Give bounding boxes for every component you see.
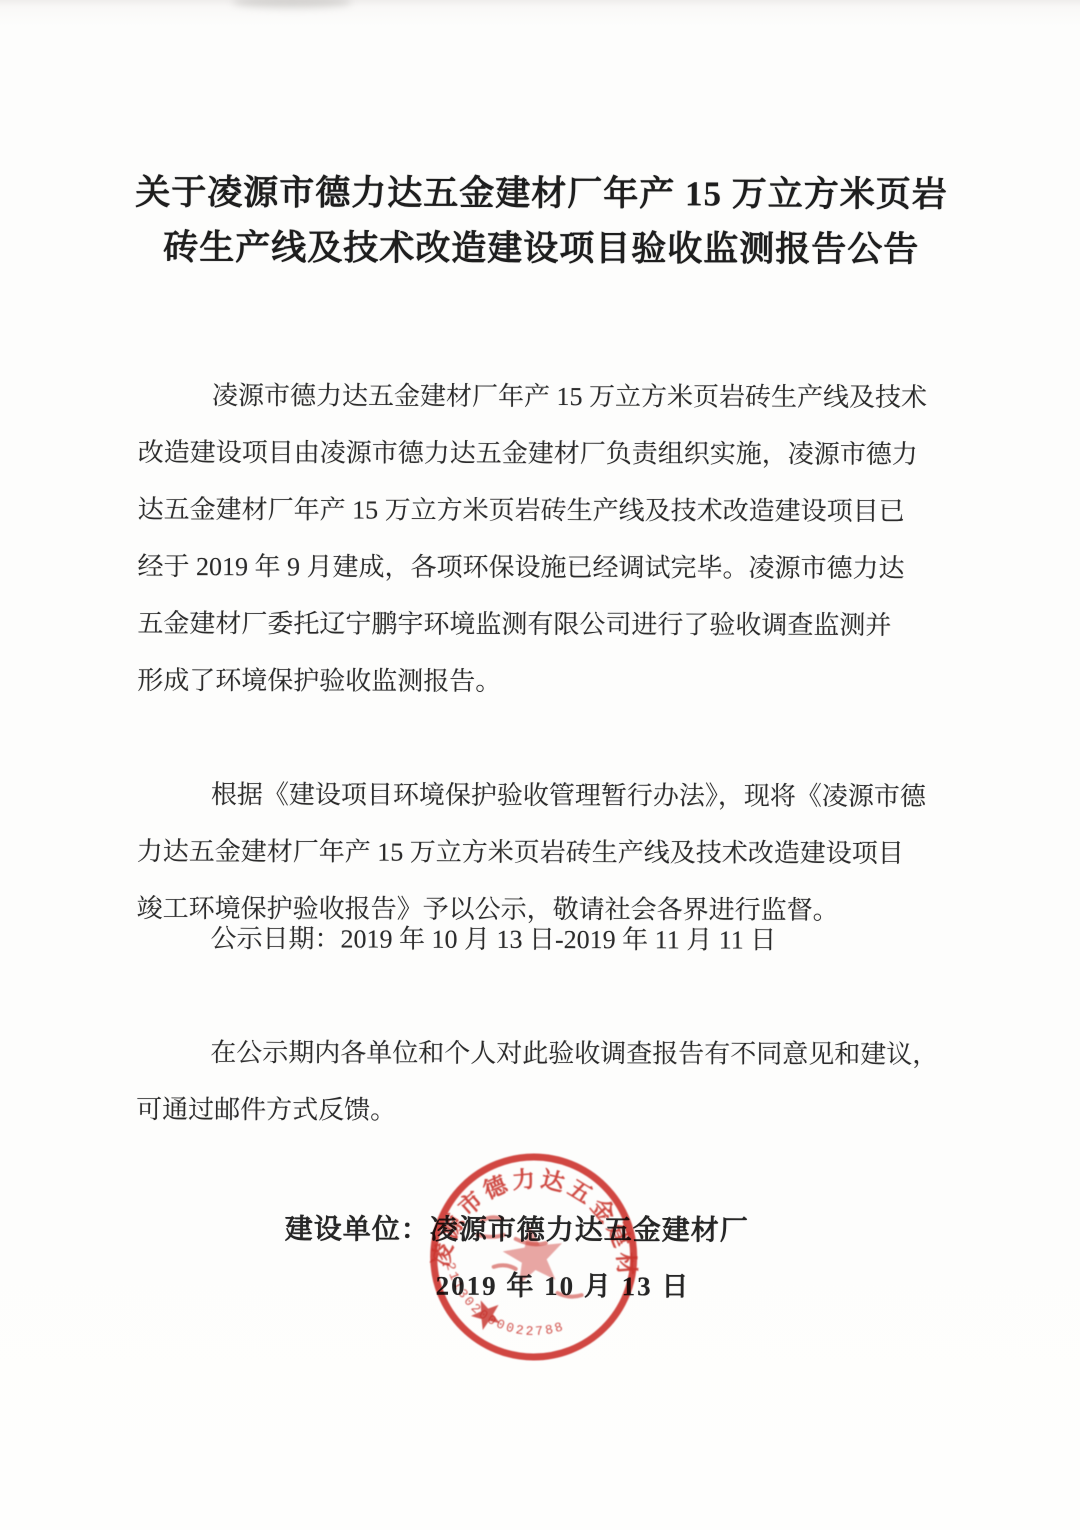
document-content: 关于凌源市德力达五金建材厂年产 15 万立方米页岩 砖生产线及技术改造建设项目验…: [0, 0, 1080, 1530]
scanned-document-page: 关于凌源市德力达五金建材厂年产 15 万立方米页岩 砖生产线及技术改造建设项目验…: [0, 0, 1080, 1530]
paragraph-project-implementation: 凌源市德力达五金建材厂年产 15 万立方米页岩砖生产线及技术 改造建设项目由凌源…: [137, 367, 956, 711]
paragraph-feedback: 在公示期内各单位和个人对此验收调查报告有不同意见和建议， 可通过邮件方式反馈。: [136, 1024, 954, 1140]
stamp-center-star-icon: [500, 1222, 567, 1287]
official-seal-stamp: 凌源市德力达五金建材厂 211302000022788: [419, 1143, 648, 1372]
notice-period-line: 公示日期：2019 年 10 月 13 日-2019 年 11 月 11 日: [136, 910, 954, 969]
document-title: 关于凌源市德力达五金建材厂年产 15 万立方米页岩 砖生产线及技术改造建设项目验…: [1, 165, 1080, 278]
